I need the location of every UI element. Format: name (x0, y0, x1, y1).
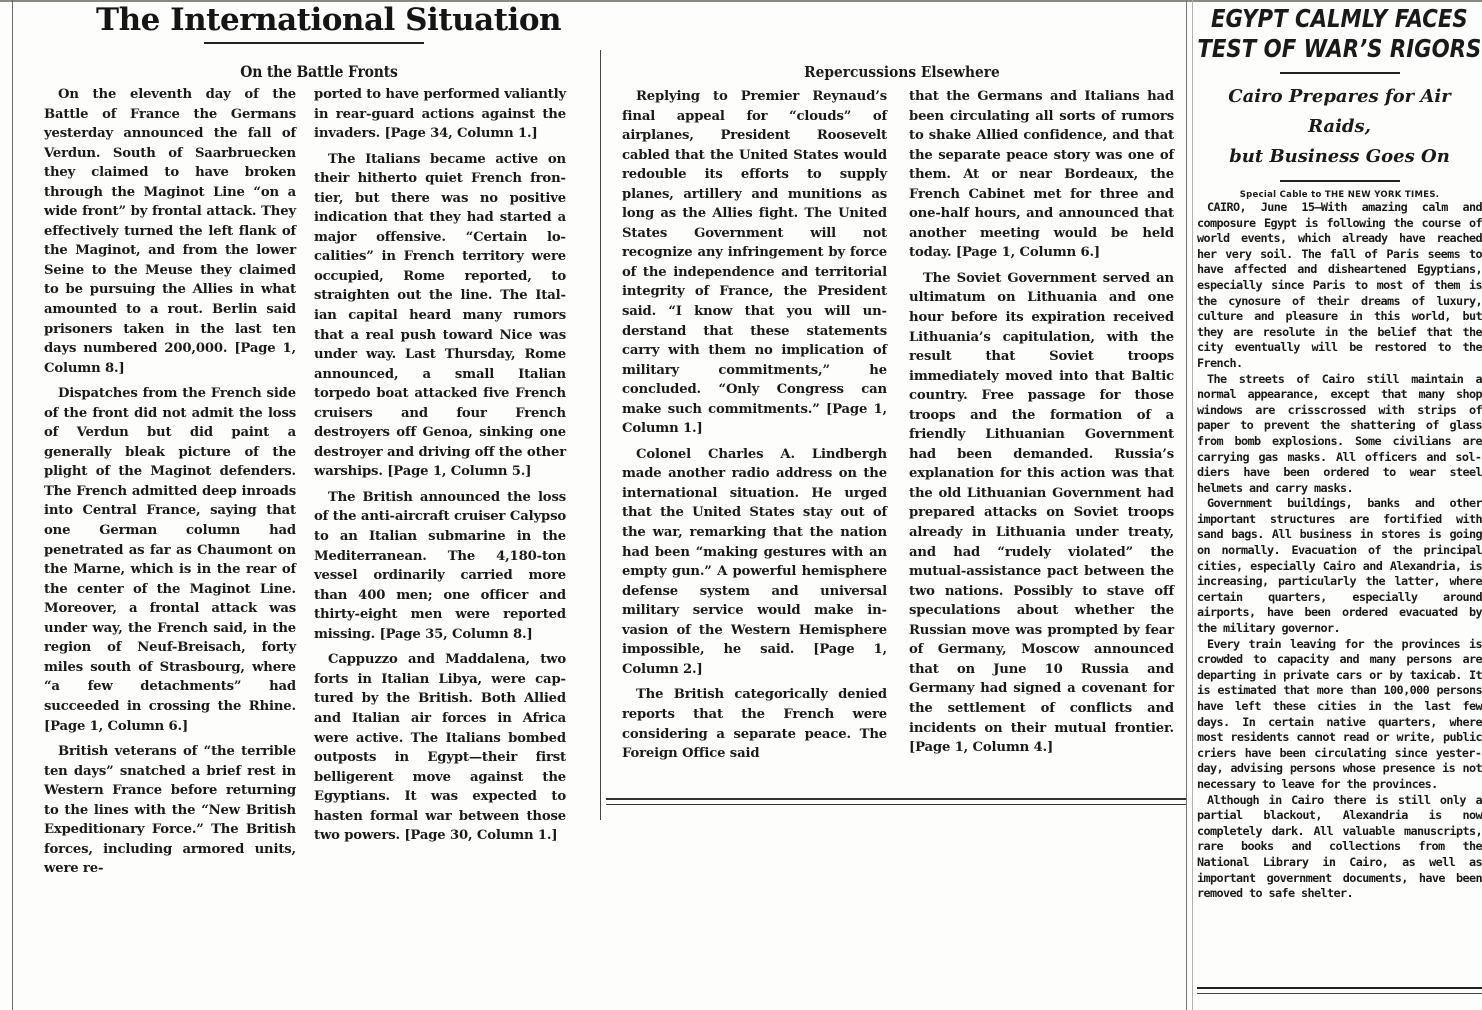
headline-line-1: EGYPT CALMLY FACES (1197, 4, 1482, 34)
article-column-2: ported to have performed val­iantly in r… (314, 85, 566, 885)
headline-line-2: TEST OF WAR’S RIGORS (1197, 34, 1482, 64)
repercussions-elsewhere-article: Repercussions Elsewhere Replying to Prem… (622, 58, 1182, 770)
paragraph: that the Germans and Italians had been c… (909, 87, 1174, 263)
paragraph: The Soviet Government served an ultimatu… (909, 269, 1174, 758)
headline-rule (1280, 72, 1400, 74)
paragraph: On the eleventh day of the Battle of Fra… (44, 85, 296, 378)
paragraph: The British categorically de­nied report… (622, 685, 887, 763)
subheadline-rule (1280, 180, 1400, 182)
column-divider (1192, 0, 1193, 1010)
paragraph: Every train leaving for the prov­inces i… (1197, 637, 1482, 793)
article-column-4: that the Germans and Italians had been c… (909, 87, 1174, 770)
column-divider (1186, 0, 1187, 1010)
repercussions-columns: Replying to Premier Reynaud’s final appe… (622, 87, 1182, 770)
egypt-article: EGYPT CALMLY FACES TEST OF WAR’S RIGORS … (1197, 0, 1482, 902)
paragraph: Replying to Premier Reynaud’s final appe… (622, 87, 887, 439)
subheadline-line-1: Cairo Prepares for Air Raids, (1197, 82, 1482, 142)
article-column-3: Replying to Premier Reynaud’s final appe… (622, 87, 887, 770)
battle-fronts-columns: On the eleventh day of the Battle of Fra… (44, 85, 594, 885)
paragraph: Government buildings, banks and other im… (1197, 496, 1482, 636)
section-heading-battle-fronts: On the Battle Fronts (72, 62, 567, 81)
paragraph: ported to have performed val­iantly in r… (314, 85, 566, 144)
paragraph: Dispatches from the French side of the f… (44, 384, 296, 736)
page-edge-line (12, 0, 13, 1010)
paragraph: British veterans of “the terri­ble ten d… (44, 742, 296, 879)
title-rule (204, 42, 424, 44)
paragraph: CAIRO, June 15—With amazing calm and com… (1197, 200, 1482, 372)
subheadline-line-2: but Business Goes On (1197, 142, 1482, 172)
article-column-1: On the eleventh day of the Battle of Fra… (44, 85, 296, 885)
page-title: The International Situation (96, 2, 594, 38)
section-heading-repercussions: Repercussions Elsewhere (636, 64, 1168, 81)
column-divider (600, 50, 601, 820)
paragraph: Colonel Charles A. Lindbergh made anothe… (622, 445, 887, 680)
egypt-article-body: CAIRO, June 15—With amazing calm and com… (1197, 200, 1482, 902)
paragraph: The streets of Cairo still maintain a no… (1197, 372, 1482, 497)
article-bottom-rule (1197, 987, 1482, 994)
byline-credit: Special Cable to THE NEW YORK TIMES. (1197, 190, 1482, 200)
paragraph: The Italians became active on their hith… (314, 150, 566, 482)
paragraph: Although in Cairo there is still only a … (1197, 793, 1482, 902)
paragraph: Cappuzzo and Maddalena, two forts in Ita… (314, 650, 566, 845)
section-bottom-rule (606, 798, 1186, 805)
international-situation-article: The International Situation On the Battl… (44, 0, 594, 885)
paragraph: The British announced the loss of the an… (314, 488, 566, 644)
